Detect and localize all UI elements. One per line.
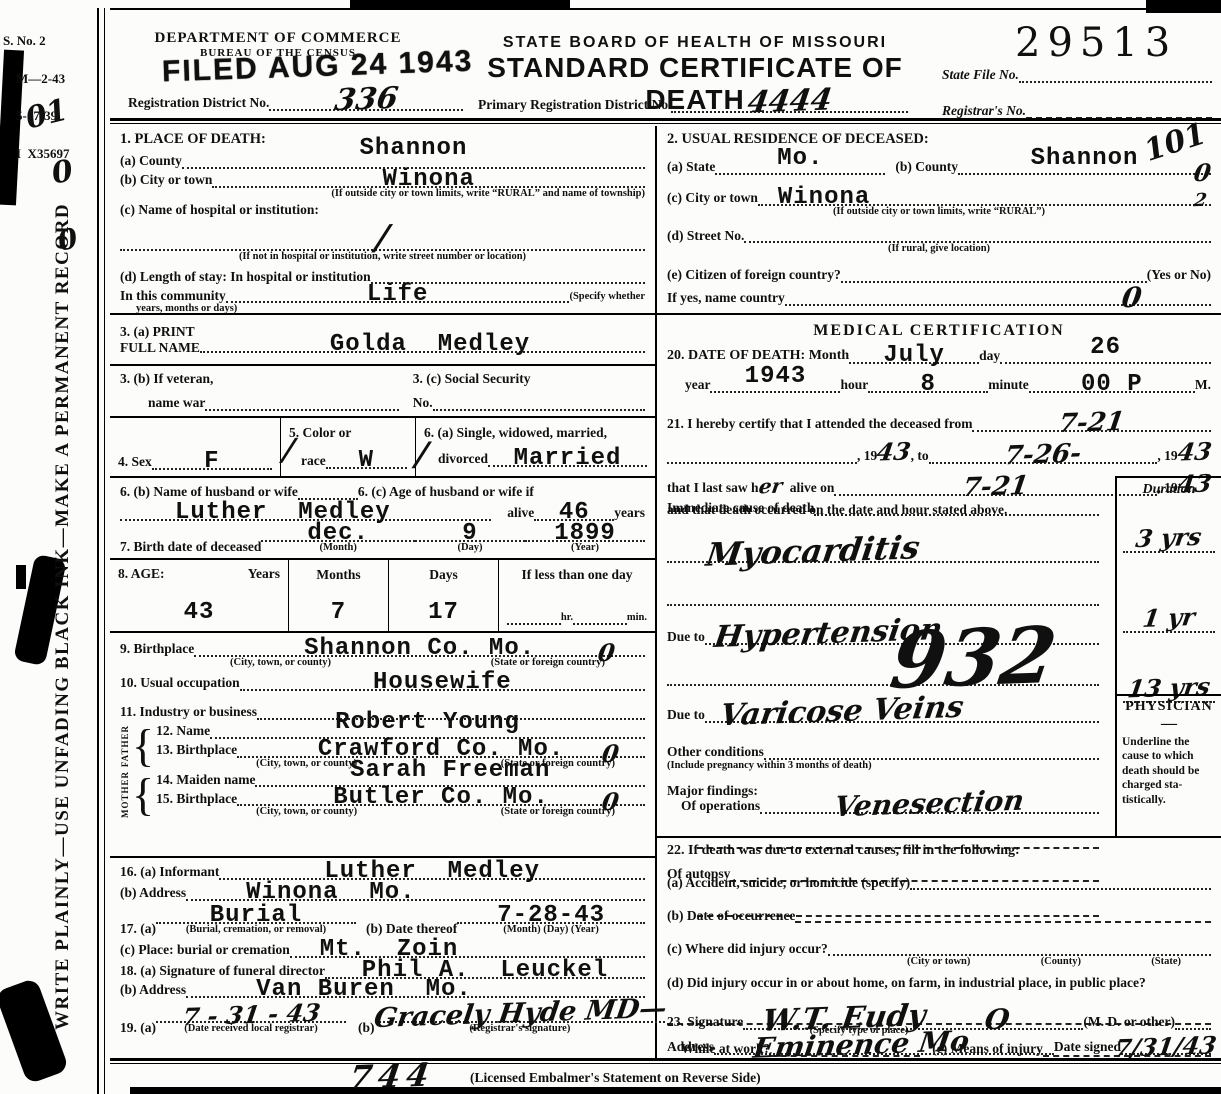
mother-maiden-label: 14. Maiden name bbox=[156, 772, 255, 788]
death-year-label: year bbox=[685, 377, 710, 393]
marital-value: Married bbox=[514, 447, 622, 471]
birthplace-value: Shannon Co. Mo. bbox=[304, 637, 535, 661]
state-file-label: State File No. bbox=[942, 67, 1019, 83]
community-label: In this community bbox=[120, 288, 226, 304]
section-external-causes: 22. If death was due to external causes,… bbox=[657, 838, 1221, 1008]
section-sex-color-marital: 4. Sex F 5. Color or / race W 6. (a) Sin… bbox=[110, 418, 655, 478]
informant-label: 16. (a) Informant bbox=[120, 864, 219, 880]
embalmer-note: (Licensed Embalmer's Statement on Revers… bbox=[470, 1070, 761, 1086]
duration-due1: 1 yr bbox=[1123, 606, 1215, 633]
handwritten-zero: 0 bbox=[1193, 160, 1213, 185]
footer-strip: 744 (Licensed Embalmer's Statement on Re… bbox=[110, 1064, 1221, 1094]
name-country-label: If yes, name country bbox=[667, 290, 785, 306]
section-birthplace-occupation-parents: 9. Birthplace Shannon Co. Mo. 0 (City, t… bbox=[110, 633, 655, 858]
attended-from-value: 7-21 bbox=[1057, 409, 1126, 437]
father-name-label: 12. Name bbox=[156, 723, 210, 739]
section-spouse-birthdate: 6. (b) Name of husband or wife 6. (c) Ag… bbox=[110, 478, 655, 560]
date-received-value: 7 - 31 - 43 bbox=[181, 1000, 322, 1029]
right-column: 101 2. USUAL RESIDENCE OF DECEASED: (a) … bbox=[657, 126, 1221, 1058]
age-years-value: 43 bbox=[184, 599, 215, 626]
other-conditions-hint: (Include pregnancy within 3 months of de… bbox=[667, 760, 872, 773]
divorced-label: divorced bbox=[438, 451, 488, 467]
place-of-death-title: 1. PLACE OF DEATH: bbox=[120, 131, 266, 148]
section-usual-residence: 101 2. USUAL RESIDENCE OF DECEASED: (a) … bbox=[657, 126, 1221, 315]
community-value: Life bbox=[367, 283, 429, 307]
registration-district-label: Registration District No. bbox=[128, 95, 269, 111]
hr-label: hr. bbox=[561, 612, 573, 625]
injury-state-hint: (State) bbox=[1151, 956, 1181, 969]
death-year-value: 1943 bbox=[745, 365, 807, 389]
mother-maiden-value: Sarah Freeman bbox=[350, 759, 550, 783]
birthplace-label: 9. Birthplace bbox=[120, 641, 194, 657]
due-to-label-1: Due to bbox=[667, 629, 705, 645]
physician-dash: — bbox=[1122, 715, 1216, 733]
residence-city-value: Winona bbox=[778, 186, 870, 210]
spouse-label: 6. (b) Name of husband or wife bbox=[120, 484, 298, 500]
certificate-header: DEPARTMENT OF COMMERCE BUREAU OF THE CEN… bbox=[110, 10, 1221, 120]
yes-or-no-label: (Yes or No) bbox=[1147, 267, 1211, 283]
external-causes-title: 22. If death was due to external causes,… bbox=[667, 843, 1020, 859]
full-name-label: FULL NAME bbox=[120, 340, 200, 356]
injury-county-hint: (County) bbox=[1041, 956, 1081, 969]
handwritten-code-932: 932 bbox=[886, 617, 1061, 701]
city-value: Winona bbox=[382, 168, 474, 192]
occupation-label: 10. Usual occupation bbox=[120, 675, 240, 691]
county-value: Shannon bbox=[360, 137, 468, 161]
registration-district-row: Registration District No. 336 bbox=[128, 94, 463, 111]
section-informant-burial: 16. (a) Informant Luther Medley (b) Addr… bbox=[110, 858, 655, 1058]
department-name: DEPARTMENT OF COMMERCE bbox=[128, 30, 428, 47]
received-number-label: 19. (a) bbox=[120, 1020, 156, 1036]
left-column: 1. PLACE OF DEATH: (a) County Shannon (b… bbox=[110, 126, 657, 1058]
residence-county-label: (b) County bbox=[895, 159, 958, 175]
death-certificate-scan: S. No. 2 M—2-43 5-17-39 I X35697 WRITE P… bbox=[0, 0, 1221, 1094]
registration-district-value: 336 bbox=[333, 84, 400, 116]
street-hint: (If rural, give location) bbox=[888, 243, 990, 256]
burial-place-label: (c) Place: burial or cremation bbox=[120, 942, 290, 958]
age-days-value: 17 bbox=[428, 599, 459, 626]
handwritten-zero: 0 bbox=[601, 790, 621, 815]
bottom-rule bbox=[110, 1058, 1221, 1061]
father-side-label: FATHER bbox=[120, 725, 130, 767]
attended-to-year: 43 bbox=[1176, 439, 1213, 464]
death-hour-label: hour bbox=[840, 377, 868, 393]
header-rule bbox=[110, 123, 1221, 124]
birth-day-value: 9 bbox=[462, 522, 477, 546]
race-label: race bbox=[301, 453, 326, 469]
disposal-date-label: (b) Date thereof bbox=[366, 921, 457, 937]
death-day-label: day bbox=[979, 348, 1000, 364]
primary-registration-value: 4444 bbox=[746, 86, 834, 119]
registrar-number-row: Registrar's No. bbox=[942, 102, 1212, 119]
duration-header: Duration bbox=[1117, 482, 1221, 498]
signature-flourish: O bbox=[983, 1006, 1011, 1035]
city-hint: (If outside city or town limits, write “… bbox=[331, 188, 645, 201]
certify-attended-label: 21. I hereby certify that I attended the… bbox=[667, 416, 972, 432]
form-number-line: M—2-43 bbox=[16, 71, 65, 86]
father-brace: { bbox=[132, 725, 154, 766]
death-minute-value: 00 P bbox=[1081, 373, 1143, 397]
residence-county-value: Shannon bbox=[1031, 147, 1139, 171]
section-place-of-death: 1. PLACE OF DEATH: (a) County Shannon (b… bbox=[110, 126, 655, 315]
ssn-label: 3. (c) Social Security bbox=[413, 371, 645, 387]
section-date-of-death: 20. DATE OF DEATH: Month July day 26 yea… bbox=[657, 342, 1221, 410]
marital-label: 6. (a) Single, widowed, married, bbox=[424, 425, 607, 440]
informant-address-label: (b) Address bbox=[120, 885, 186, 901]
medical-certification-title: MEDICAL CERTIFICATION bbox=[657, 315, 1221, 342]
immediate-cause-label: Immediate cause of death bbox=[667, 500, 814, 516]
name-war-label: name war bbox=[148, 395, 205, 411]
where-injury-label: (c) Where did injury occur? bbox=[667, 941, 828, 957]
funeral-director-address-label: (b) Address bbox=[120, 982, 186, 998]
date-occurrence-label: (b) Date of occurrence bbox=[667, 908, 795, 924]
attended-to-value: 7-26- bbox=[1003, 441, 1083, 470]
section-age: 8. AGE: Years 43 Months 7 Days 17 If les… bbox=[110, 560, 655, 633]
length-of-stay-label: (d) Length of stay: In hospital or insti… bbox=[120, 269, 371, 285]
physician-title: PHYSICIAN bbox=[1122, 699, 1216, 715]
specify-hint-1: (Specify whether bbox=[569, 291, 645, 304]
mother-birthplace-value: Butler Co. Mo. bbox=[333, 786, 549, 810]
injury-home-label: (d) Did injury occur in or about home, o… bbox=[667, 975, 1146, 991]
state-board-title: STATE BOARD OF HEALTH OF MISSOURI bbox=[450, 34, 940, 52]
birth-month-value: dec. bbox=[307, 522, 369, 546]
handwritten-zero: 0 bbox=[601, 741, 621, 766]
death-hour-value: 8 bbox=[921, 373, 936, 397]
state-file-number: 29513 bbox=[1015, 20, 1177, 66]
min-label: min. bbox=[627, 612, 647, 625]
major-findings-label: Major findings: bbox=[667, 783, 760, 799]
physician-note-box: PHYSICIAN — Underline the cause to which… bbox=[1117, 694, 1221, 838]
section-veteran-ssn: 3. (b) If veteran, name war 3. (c) Socia… bbox=[110, 366, 655, 418]
accident-label: (a) Accident, suicide, or homicide (spec… bbox=[667, 875, 910, 891]
disposal-number-label: 17. (a) bbox=[120, 921, 156, 937]
md-or-other-label: (M. D. or other) bbox=[1083, 1014, 1175, 1030]
less-than-day-label: If less than one day bbox=[521, 567, 632, 582]
father-name-value: Robert Young bbox=[335, 711, 520, 735]
residence-state-value: Mo. bbox=[777, 147, 823, 171]
attended-from-year: 43 bbox=[875, 439, 912, 464]
disposal-value: Burial bbox=[210, 904, 302, 928]
citizen-label: (e) Citizen of foreign country? bbox=[667, 267, 841, 283]
industry-label: 11. Industry or business bbox=[120, 704, 257, 720]
veteran-label: 3. (b) If veteran, bbox=[120, 371, 399, 387]
street-no-label: (d) Street No. bbox=[667, 228, 744, 244]
handwritten-zero: 0 bbox=[1119, 284, 1143, 313]
section-cause-of-death: 932 Duration 3 yrs 1 yr 13 yrs PHYSICIAN… bbox=[657, 492, 1221, 838]
certificate-body: 1. PLACE OF DEATH: (a) County Shannon (b… bbox=[110, 126, 1221, 1058]
physician-address-label: Address bbox=[667, 1039, 714, 1055]
date-of-death-label: 20. DATE OF DEATH: Month bbox=[667, 348, 849, 364]
scan-artifact bbox=[16, 565, 26, 589]
date-signed-value: 7/31/43 bbox=[1114, 1033, 1219, 1061]
injury-city-hint: (City or town) bbox=[907, 956, 970, 969]
race-value: W bbox=[359, 449, 374, 473]
primary-registration-row: Primary Registration District No. 4444 bbox=[478, 96, 908, 113]
residence-state-label: (a) State bbox=[667, 159, 715, 175]
margin-instruction: WRITE PLAINLY—USE UNFADING BLACK INK—MAK… bbox=[52, 150, 74, 1030]
form-number-line: S. No. 2 bbox=[3, 33, 46, 48]
primary-registration-label: Primary Registration District No. bbox=[478, 97, 671, 113]
immediate-cause-value: Myocarditis bbox=[704, 531, 922, 570]
disposal-date-value: 7-28-43 bbox=[497, 904, 605, 928]
sex-value: F bbox=[204, 450, 219, 474]
hospital-value: / bbox=[374, 221, 391, 255]
birth-year-value: 1899 bbox=[554, 522, 616, 546]
duration-column: Duration 3 yrs 1 yr 13 yrs PHYSICIAN — U… bbox=[1115, 476, 1221, 838]
margin-rule bbox=[97, 8, 99, 1094]
signature-label: 23. Signature bbox=[667, 1014, 743, 1030]
other-conditions-label: Other conditions bbox=[667, 744, 764, 760]
section-physician-signature: 23. Signature W.T. Eudy O (M. D. or othe… bbox=[657, 1008, 1221, 1058]
age-months-value: 7 bbox=[331, 599, 346, 626]
section-full-name: 3. (a) PRINT FULL NAME Golda Medley bbox=[110, 315, 655, 366]
father-birthplace-label: 13. Birthplace bbox=[156, 742, 237, 758]
age-months-label: Months bbox=[316, 567, 360, 582]
nineteen-label: , 19 bbox=[1157, 448, 1177, 464]
birth-date-label: 7. Birth date of deceased bbox=[120, 539, 261, 555]
handwritten-mark: 2 bbox=[1193, 191, 1208, 209]
sex-label: 4. Sex bbox=[118, 454, 152, 470]
duration-cause: 3 yrs bbox=[1123, 526, 1215, 553]
to-label: , to bbox=[911, 448, 929, 464]
death-day-value: 26 bbox=[1090, 336, 1121, 360]
handwritten-744: 744 bbox=[348, 1059, 438, 1094]
due-to-label-2: Due to bbox=[667, 707, 705, 723]
hospital-label: (c) Name of hospital or institution: bbox=[120, 202, 319, 218]
death-minute-label: minute bbox=[988, 377, 1029, 393]
state-file-row: State File No. bbox=[942, 66, 1212, 83]
age-years-label: Years bbox=[248, 566, 280, 582]
physician-note: Underline the cause to which death shoul… bbox=[1122, 735, 1216, 807]
meridiem-label: M. bbox=[1195, 377, 1211, 393]
registrar-number-label: Registrar's No. bbox=[942, 103, 1026, 119]
spouse-age-label: 6. (c) Age of husband or wife if bbox=[358, 484, 534, 500]
mother-birthplace-label: 15. Birthplace bbox=[156, 791, 237, 807]
mother-side-label: MOTHER bbox=[120, 771, 130, 818]
nineteen-label: , 19 bbox=[857, 448, 877, 464]
print-label: 3. (a) PRINT bbox=[120, 324, 200, 340]
death-month-value: July bbox=[883, 344, 945, 368]
mother-brace: { bbox=[132, 774, 154, 815]
county-label: (a) County bbox=[120, 153, 182, 169]
color-race-label: 5. Color or bbox=[289, 425, 351, 440]
ssn-no-label: No. bbox=[413, 395, 433, 411]
handwritten-zero: 0 bbox=[597, 641, 617, 666]
occupation-value: Housewife bbox=[373, 671, 512, 695]
of-operations-label: Of operations bbox=[681, 798, 760, 814]
alive-label: alive bbox=[507, 505, 534, 521]
full-name-value: Golda Medley bbox=[330, 333, 530, 357]
age-days-label: Days bbox=[429, 567, 458, 582]
age-title: 8. AGE: bbox=[118, 566, 165, 582]
years-suffix: years bbox=[614, 505, 645, 521]
margin-rule bbox=[104, 8, 105, 1094]
residence-city-label: (c) City or town bbox=[667, 190, 758, 206]
operations-value: Venesection bbox=[833, 786, 1026, 821]
city-label: (b) City or town bbox=[120, 172, 212, 188]
header-rule bbox=[110, 118, 1221, 121]
date-signed-label: Date signed bbox=[1054, 1039, 1121, 1055]
